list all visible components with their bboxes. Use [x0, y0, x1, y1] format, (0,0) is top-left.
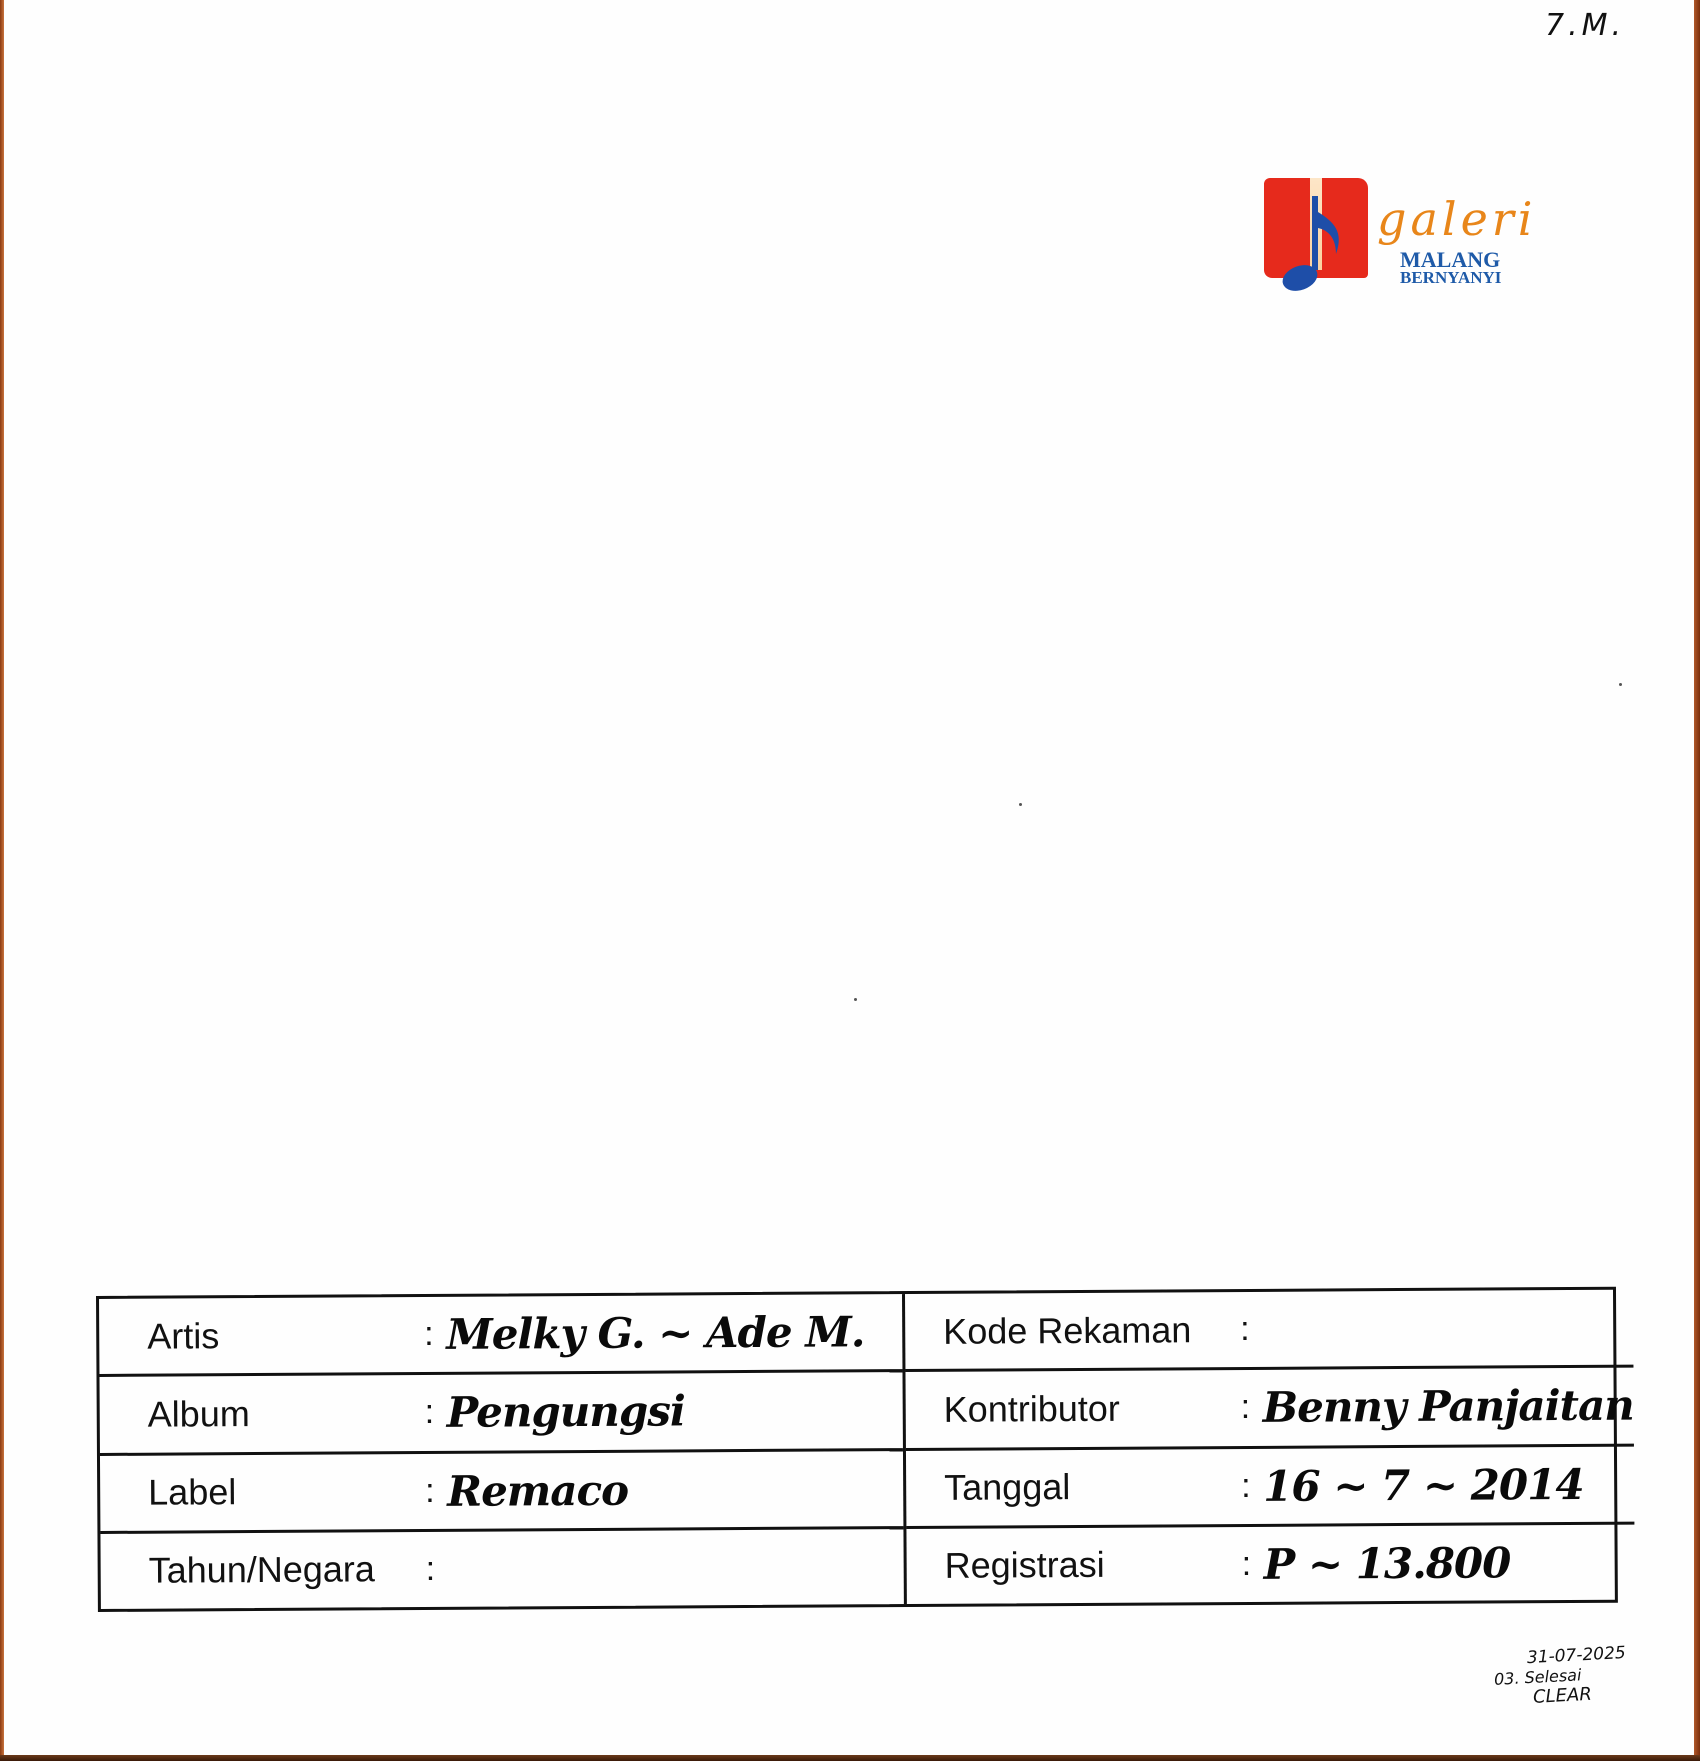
field-label: Album — [100, 1392, 425, 1436]
info-row-tahun-negara: Tahun/Negara : — [100, 1529, 903, 1609]
card-edge-left — [0, 0, 4, 1761]
logo-galeri-text: galeri — [1377, 192, 1537, 246]
processing-stamp-note: 31-07-2025 03. Selesai CLEAR — [1487, 1642, 1650, 1710]
info-row-kode-rekaman: Kode Rekaman : — [905, 1290, 1634, 1373]
logo-bernyanyi-text: BERNYANYI — [1400, 268, 1501, 288]
registrasi-value: P ~ 13.800 — [1254, 1538, 1511, 1589]
card-edge-bottom — [0, 1755, 1700, 1761]
field-separator: : — [1241, 1467, 1253, 1506]
music-note-icon — [1274, 192, 1354, 302]
info-row-artis: Artis : Melky G. ~ Ade M. — [99, 1294, 902, 1377]
recording-info-table: Artis : Melky G. ~ Ade M. Album : Pengun… — [96, 1287, 1618, 1612]
artis-value: Melky G. ~ Ade M. — [436, 1307, 864, 1359]
field-label: Registrasi — [907, 1543, 1242, 1587]
field-separator: : — [425, 1472, 437, 1511]
field-separator: : — [1241, 1388, 1253, 1427]
field-separator: : — [426, 1550, 438, 1589]
kontributor-value: Benny Panjaitan — [1253, 1381, 1634, 1432]
info-column-right: Kode Rekaman : Kontributor : Benny Panja… — [905, 1290, 1635, 1604]
paper-speck — [1019, 803, 1022, 806]
info-row-tanggal: Tanggal : 16 ~ 7 ~ 2014 — [906, 1446, 1635, 1529]
field-separator: : — [1242, 1545, 1254, 1584]
field-separator: : — [425, 1393, 437, 1432]
field-label: Tanggal — [906, 1465, 1241, 1509]
field-label: Label — [100, 1470, 425, 1514]
info-row-label: Label : Remaco — [100, 1451, 903, 1534]
album-value: Pengungsi — [437, 1387, 685, 1438]
field-label: Tahun/Negara — [101, 1548, 426, 1592]
info-row-kontributor: Kontributor : Benny Panjaitan — [905, 1368, 1634, 1451]
field-label: Kontributor — [906, 1387, 1241, 1431]
galeri-malang-bernyanyi-logo: galeri MALANG BERNYANYI — [1262, 172, 1562, 302]
label-value: Remaco — [437, 1465, 628, 1515]
field-separator: : — [424, 1315, 436, 1354]
tanggal-value: 16 ~ 7 ~ 2014 — [1253, 1460, 1584, 1511]
paper-speck — [1619, 683, 1622, 686]
paper-speck — [854, 998, 857, 1001]
info-column-left: Artis : Melky G. ~ Ade M. Album : Pengun… — [99, 1294, 907, 1609]
info-row-album: Album : Pengungsi — [99, 1372, 902, 1455]
card-edge-right — [1694, 0, 1700, 1761]
field-label: Artis — [99, 1314, 424, 1358]
field-label: Kode Rekaman — [905, 1309, 1240, 1353]
info-row-registrasi: Registrasi : P ~ 13.800 — [906, 1524, 1634, 1604]
corner-handwritten-note: 7.M. — [1545, 8, 1625, 43]
field-separator: : — [1240, 1310, 1252, 1349]
